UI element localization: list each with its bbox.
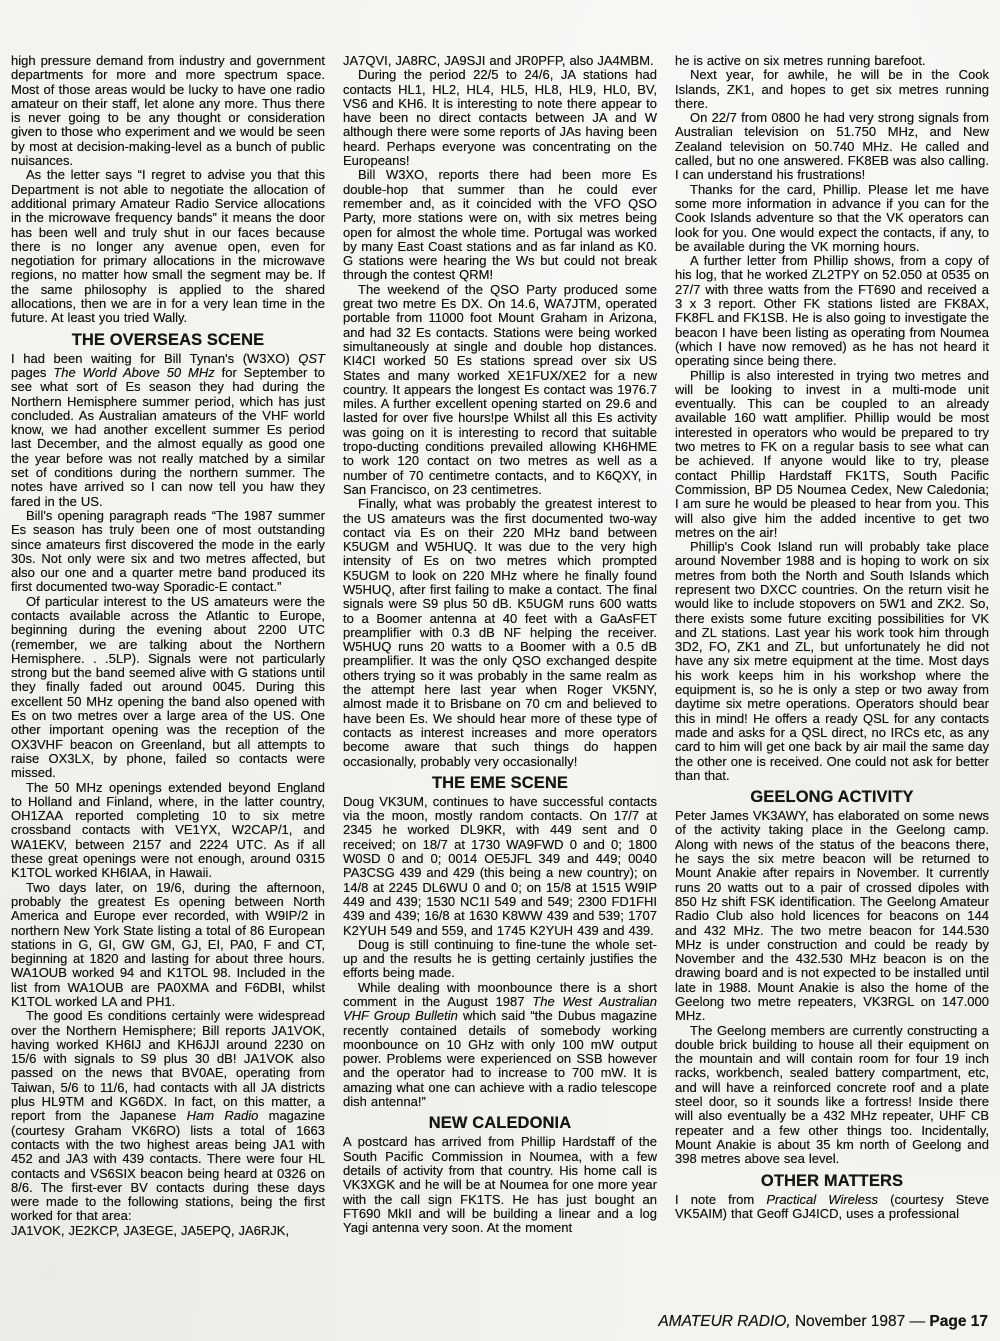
- paragraph: A postcard has arrived from Phillip Hard…: [343, 1135, 657, 1235]
- body-text: Two days later, on 19/6, during the afte…: [11, 880, 325, 1009]
- body-text: magazine (courtesy Graham VK6RO) lists a…: [11, 1108, 325, 1223]
- body-text: which said “the Dubus magazine recently …: [343, 1008, 657, 1109]
- body-text: The good Es conditions certainly were wi…: [11, 1008, 325, 1123]
- body-text: he is active on six metres running baref…: [675, 53, 926, 68]
- body-text: pages: [11, 365, 53, 380]
- paragraph: Peter James VK3AWY, has elaborated on so…: [675, 809, 989, 1023]
- paragraph: Finally, what was probably the greatest …: [343, 497, 657, 769]
- paragraph: Doug VK3UM, continues to have successful…: [343, 795, 657, 938]
- paragraph: While dealing with moonbounce there is a…: [343, 981, 657, 1110]
- body-text: During the period 22/5 to 24/6, JA stati…: [343, 67, 657, 168]
- body-text: JA7QVI, JA8RC, JA9SJI and JR0PFP, also J…: [343, 53, 654, 68]
- paragraph: As the letter says “I regret to advise y…: [11, 168, 325, 325]
- paragraph: Next year, for awhile, he will be in the…: [675, 68, 989, 111]
- italic-text: The World Above 50 MHz: [53, 365, 214, 380]
- body-text: The weekend of the QSO Party produced so…: [343, 282, 657, 497]
- paragraph: Phillip's Cook Island run will probably …: [675, 540, 989, 783]
- body-text: On 22/7 from 0800 he had very strong sig…: [675, 110, 989, 182]
- body-text: The 50 MHz openings extended beyond Engl…: [11, 780, 325, 881]
- article-column-1: high pressure demand from industry and g…: [11, 54, 325, 1238]
- body-text: Phillip's Cook Island run will probably …: [675, 539, 989, 783]
- italic-text: Ham Radio: [187, 1108, 259, 1123]
- paragraph: During the period 22/5 to 24/6, JA stati…: [343, 68, 657, 168]
- body-text: JA1VOK, JE2KCP, JA3EGE, JA5EPQ, JA6RJK,: [11, 1223, 289, 1238]
- paragraph: Thanks for the card, Phillip. Please let…: [675, 183, 989, 254]
- body-text: I note from: [675, 1192, 766, 1207]
- paragraph: JA7QVI, JA8RC, JA9SJI and JR0PFP, also J…: [343, 54, 657, 68]
- paragraph: Two days later, on 19/6, during the afte…: [11, 881, 325, 1010]
- article-column-3: he is active on six metres running baref…: [675, 54, 989, 1238]
- body-text: As the letter says “I regret to advise y…: [11, 167, 325, 325]
- body-text: Bill's opening paragraph reads “The 1987…: [11, 508, 325, 594]
- magazine-page: high pressure demand from industry and g…: [0, 0, 1000, 1341]
- body-text: Bill W3XO, reports there had been more E…: [343, 167, 657, 282]
- section-heading: THE OVERSEAS SCENE: [11, 331, 325, 350]
- magazine-title: AMATEUR RADIO,: [658, 1313, 790, 1330]
- paragraph: I had been waiting for Bill Tynan's (W3X…: [11, 352, 325, 509]
- section-heading: THE EME SCENE: [343, 774, 657, 793]
- body-text: The Geelong members are currently constr…: [675, 1023, 989, 1167]
- paragraph: I note from Practical Wireless (courtesy…: [675, 1193, 989, 1222]
- page-footer: AMATEUR RADIO, November 1987 — Page 17: [658, 1313, 988, 1331]
- body-text: for September to see what sort of Es sea…: [11, 365, 325, 509]
- section-heading: GEELONG ACTIVITY: [675, 788, 989, 807]
- body-text: I had been waiting for Bill Tynan's (W3X…: [11, 351, 298, 366]
- paragraph: Doug is still continuing to fine-tune th…: [343, 938, 657, 981]
- italic-text: QST: [298, 351, 325, 366]
- body-text: Doug is still continuing to fine-tune th…: [343, 937, 657, 981]
- article-columns: high pressure demand from industry and g…: [11, 54, 989, 1238]
- body-text: Peter James VK3AWY, has elaborated on so…: [675, 808, 989, 1023]
- paragraph: A further letter from Phillip shows, fro…: [675, 254, 989, 368]
- paragraph: he is active on six metres running baref…: [675, 54, 989, 68]
- paragraph: JA1VOK, JE2KCP, JA3EGE, JA5EPQ, JA6RJK,: [11, 1224, 325, 1238]
- body-text: A postcard has arrived from Phillip Hard…: [343, 1134, 657, 1235]
- italic-text: Practical Wireless: [766, 1192, 878, 1207]
- body-text: Next year, for awhile, he will be in the…: [675, 67, 989, 111]
- issue-date: November 1987 —: [791, 1313, 930, 1330]
- article-column-2: JA7QVI, JA8RC, JA9SJI and JR0PFP, also J…: [343, 54, 657, 1238]
- section-heading: OTHER MATTERS: [675, 1172, 989, 1191]
- paragraph: Phillip is also interested in trying two…: [675, 369, 989, 541]
- paragraph: The Geelong members are currently constr…: [675, 1024, 989, 1167]
- section-heading: NEW CALEDONIA: [343, 1114, 657, 1133]
- body-text: A further letter from Phillip shows, fro…: [675, 253, 989, 368]
- body-text: Of particular interest to the US amateur…: [11, 594, 325, 781]
- body-text: Finally, what was probably the greatest …: [343, 496, 657, 768]
- body-text: high pressure demand from industry and g…: [11, 53, 325, 168]
- body-text: Phillip is also interested in trying two…: [675, 368, 989, 540]
- paragraph: On 22/7 from 0800 he had very strong sig…: [675, 111, 989, 182]
- paragraph: The good Es conditions certainly were wi…: [11, 1009, 325, 1223]
- paragraph: Bill W3XO, reports there had been more E…: [343, 168, 657, 282]
- body-text: Thanks for the card, Phillip. Please let…: [675, 182, 989, 254]
- paragraph: high pressure demand from industry and g…: [11, 54, 325, 168]
- page-number: Page 17: [929, 1313, 988, 1330]
- paragraph: Bill's opening paragraph reads “The 1987…: [11, 509, 325, 595]
- paragraph: Of particular interest to the US amateur…: [11, 595, 325, 781]
- body-text: Doug VK3UM, continues to have successful…: [343, 794, 657, 938]
- paragraph: The 50 MHz openings extended beyond Engl…: [11, 781, 325, 881]
- paragraph: The weekend of the QSO Party produced so…: [343, 283, 657, 497]
